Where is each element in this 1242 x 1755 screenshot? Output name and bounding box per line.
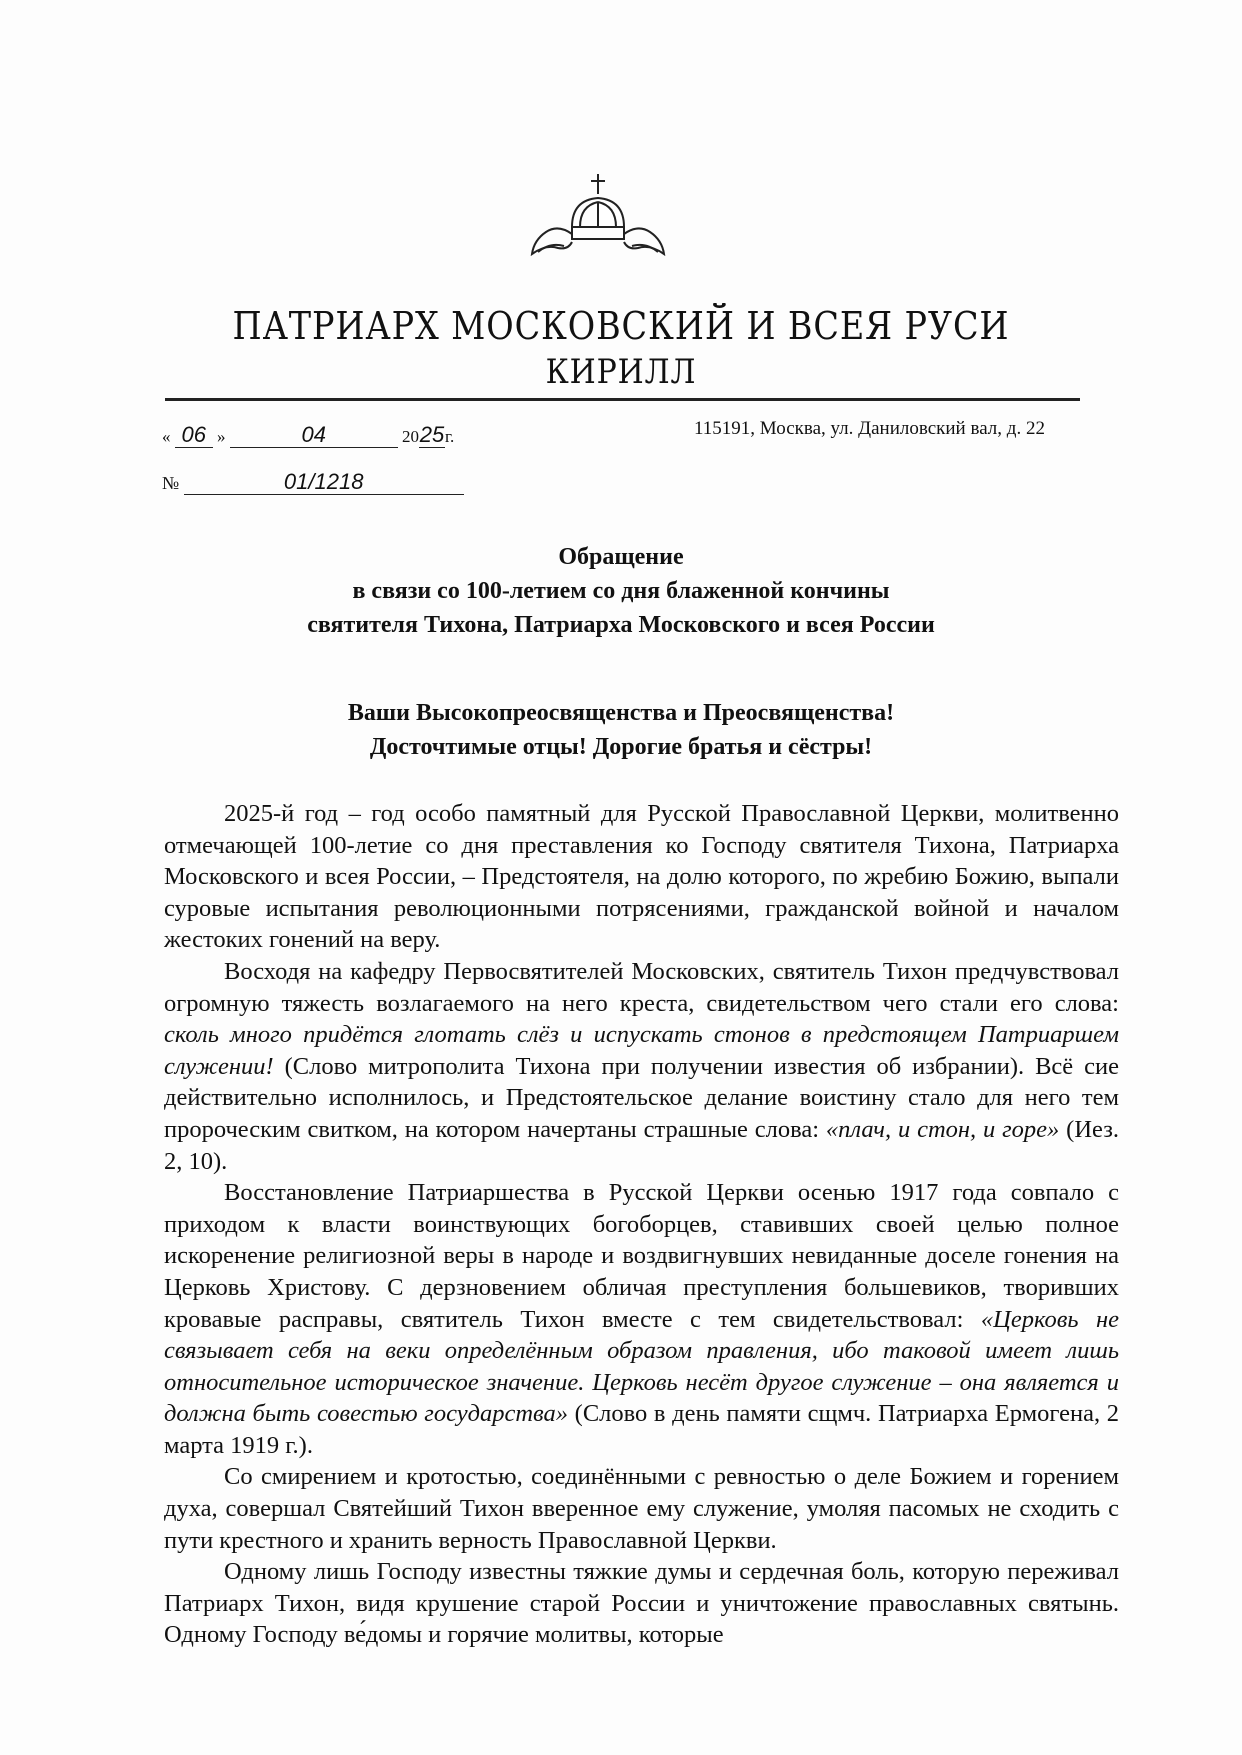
greeting-line1: Ваши Высокопреосвященства и Преосвященст… (0, 696, 1242, 730)
heading-line2: в связи со 100-летием со дня блаженной к… (0, 574, 1242, 608)
paragraph: Восстановление Патриаршества в Русской Ц… (164, 1177, 1119, 1461)
number-label: № (162, 473, 179, 493)
registration-date: « 06 » 04 2025г. (162, 423, 454, 448)
sender-address: 115191, Москва, ул. Даниловский вал, д. … (694, 418, 1045, 440)
greeting: Ваши Высокопреосвященства и Преосвященст… (0, 696, 1242, 764)
number-value: 01/1218 (184, 470, 464, 495)
paragraph: Одному лишь Господу известны тяжкие думы… (164, 1556, 1119, 1651)
paragraph: Со смирением и кротостью, соединёнными с… (164, 1461, 1119, 1556)
open-quote: « (162, 427, 171, 446)
heading-line1: Обращение (0, 540, 1242, 574)
letterhead-title: ПАТРИАРХ МОСКОВСКИЙ И ВСЕЯ РУСИ (75, 304, 1168, 348)
letterhead-divider (165, 398, 1080, 401)
quote: «плач, и стон, и горе» (826, 1116, 1059, 1143)
patriarch-crown-emblem-icon (528, 172, 668, 272)
year-prefix: 20 (402, 427, 419, 446)
date-day: 06 (175, 423, 213, 448)
registration-number: № 01/1218 (162, 470, 464, 495)
letterhead-name: КИРИЛЛ (75, 352, 1168, 392)
letter-body: 2025-й год – год особо памятный для Русс… (164, 798, 1119, 1651)
greeting-line2: Досточтимые отцы! Дорогие братья и сёстр… (0, 730, 1242, 764)
date-year: 25 (419, 423, 445, 448)
year-abbr: г. (445, 427, 454, 446)
paragraph: 2025-й год – год особо памятный для Русс… (164, 798, 1119, 956)
date-month: 04 (230, 423, 398, 448)
paragraph: Восходя на кафедру Первосвятителей Моско… (164, 956, 1119, 1177)
heading-line3: святителя Тихона, Патриарха Московского … (0, 608, 1242, 642)
document-heading: Обращение в связи со 100-летием со дня б… (0, 540, 1242, 642)
close-quote: » (217, 427, 226, 446)
